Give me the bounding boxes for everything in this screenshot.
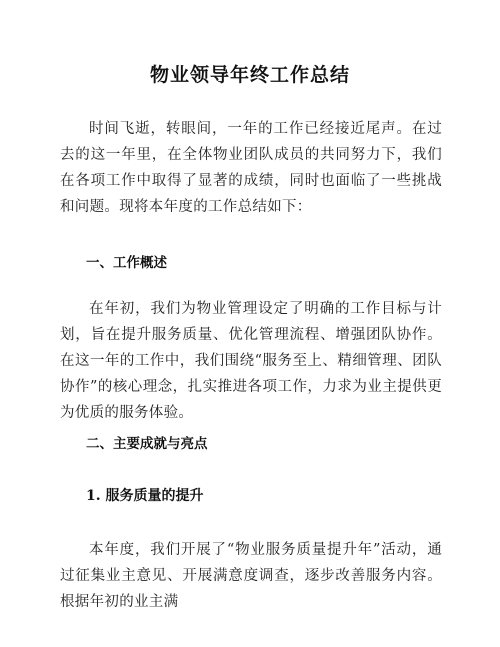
document-title: 物业领导年终工作总结 <box>0 60 500 87</box>
intro-paragraph: 时间飞逝，转眼间，一年的工作已经接近尾声。在过去的这一年里，在全体物业团队成员的… <box>60 116 442 220</box>
service-quality-paragraph: 本年度，我们开展了“物业服务质量提升年”活动，通过征集业主意见、开展满意度调查，… <box>60 537 442 615</box>
section-heading-achievements: 二、主要成就与亮点 <box>86 432 208 452</box>
subheading-service-quality: 1. 服务质量的提升 <box>86 485 204 505</box>
section-heading-overview: 一、工作概述 <box>86 251 167 271</box>
document-page: 物业领导年终工作总结 时间飞逝，转眼间，一年的工作已经接近尾声。在过去的这一年里… <box>0 0 500 647</box>
overview-paragraph: 在年初，我们为物业管理设定了明确的工作目标与计划，旨在提升服务质量、优化管理流程… <box>60 296 442 426</box>
